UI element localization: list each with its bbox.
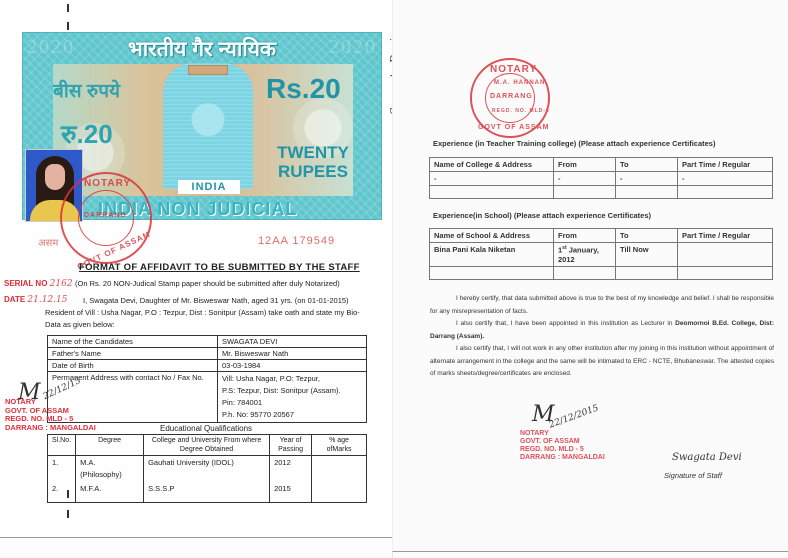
- stamp-country-label: INDIA: [178, 180, 240, 194]
- affidavit-page: 2020 2020 भारतीय गैर न्यायिक बीस रुपये र…: [0, 0, 402, 538]
- cell: [616, 186, 678, 199]
- cell: [678, 266, 773, 279]
- bio-label: Date of Birth: [48, 360, 218, 372]
- experience-school-heading: Experience(in School) (Please attach exp…: [433, 211, 651, 220]
- stamp-value-words: TWENTY RUPEES: [263, 143, 363, 181]
- bio-label: Father's Name: [48, 348, 218, 360]
- bio-label: Name of the Candidates: [48, 336, 218, 348]
- table-row: [430, 186, 773, 199]
- col-header: From: [554, 229, 616, 243]
- cell-degree: M.A. (Philosophy): [76, 456, 144, 483]
- affidavit-body: I, Swagata Devi, Daughter of Mr. Biswesw…: [45, 295, 365, 331]
- photo-face: [45, 164, 65, 190]
- cell-sl: 2.: [48, 482, 76, 502]
- table-row: Father's Name Mr. Bisweswar Nath: [48, 348, 367, 360]
- signature-label: Signature of Staff: [664, 471, 722, 480]
- seal-place: DARRANG: [490, 93, 533, 100]
- cell: [678, 186, 773, 199]
- cell: [430, 266, 554, 279]
- table-row: Bina Pani Kala Niketan 1st January, 2012…: [430, 243, 773, 267]
- table-row: - - - -: [430, 172, 773, 186]
- stamp-value-english: Rs.20: [266, 73, 341, 105]
- col-header: Part Time / Regular: [678, 229, 773, 243]
- cell-marks: [312, 456, 367, 483]
- cell-from: 1st January, 2012: [554, 243, 616, 267]
- certify-paragraph: I hereby certify, that data submitted ab…: [430, 293, 774, 318]
- stamp-hindi-small: असम: [38, 235, 58, 249]
- seal-name: M.A. HANNAN: [494, 80, 545, 86]
- staff-signature: Swagata Devi: [672, 452, 742, 463]
- seal-title: NOTARY: [84, 178, 131, 189]
- col-header: College and University From where Degree…: [144, 435, 270, 456]
- stamp-value-hindi: रु.20: [61, 115, 113, 151]
- cell: [616, 266, 678, 279]
- affidavit-title: FORMAT OF AFFIDAVIT TO BE SUBMITTED BY T…: [79, 262, 360, 273]
- table-header-row: Name of School & Address From To Part Ti…: [430, 229, 773, 243]
- experience-college-heading: Experience (in Teacher Training college)…: [433, 139, 715, 148]
- cell-degree: M.F.A.: [76, 482, 144, 502]
- cell: -: [554, 172, 616, 186]
- table-row: 1. M.A. (Philosophy) Gauhati University …: [48, 456, 367, 483]
- bio-value-address: Vill: Usha Nagar, P.O: Tezpur, P.S: Tezp…: [218, 372, 367, 423]
- punch-mark: [67, 22, 69, 30]
- seal-reg: REGD. NO. MLD-5: [492, 108, 550, 114]
- col-header: Name of College & Address: [430, 158, 554, 172]
- serial-label: SERIAL NO 2162: [4, 279, 73, 289]
- education-heading: Educational Qualifications: [160, 424, 252, 433]
- cell-marks: [312, 482, 367, 502]
- col-header: To: [616, 229, 678, 243]
- bio-value: Mr. Bisweswar Nath: [218, 348, 367, 360]
- col-header: Sl.No.: [48, 435, 76, 456]
- table-header-row: Sl.No. Degree College and University Fro…: [48, 435, 367, 456]
- cell-college: Gauhati University (IDOL): [144, 456, 270, 483]
- experience-school-table: Name of School & Address From To Part Ti…: [429, 228, 773, 280]
- cell-to: Till Now: [616, 243, 678, 267]
- serial-value: 2162: [50, 279, 73, 289]
- cell: [430, 186, 554, 199]
- col-header: From: [554, 158, 616, 172]
- notary-rubber-stamp-right: NOTARY GOVT. OF ASSAM REGD. NO. MLD - 5 …: [520, 430, 605, 462]
- table-row: [430, 266, 773, 279]
- cell: -: [430, 172, 554, 186]
- col-header: To: [616, 158, 678, 172]
- certify-paragraph: I also certify that, I have been appoint…: [430, 318, 774, 343]
- education-table: Sl.No. Degree College and University Fro…: [47, 434, 367, 503]
- cell: [554, 186, 616, 199]
- stamp-hindi-value: बीस रुपये: [53, 77, 120, 103]
- punch-mark: [67, 510, 69, 518]
- col-header: Degree: [76, 435, 144, 456]
- notary-seal-right: NOTARY M.A. HANNAN DARRANG REGD. NO. MLD…: [470, 58, 550, 138]
- affidavit-note: (On Rs. 20 NON-Judical Stamp paper shoul…: [75, 279, 340, 288]
- bio-value: 03-03-1984: [218, 360, 367, 372]
- table-row: 2. M.F.A. S.S.S.P 2015: [48, 482, 367, 502]
- emblem-cap: [188, 65, 228, 75]
- cell-sl: 1.: [48, 456, 76, 483]
- col-header: Part Time / Regular: [678, 158, 773, 172]
- cell-year: 2012: [270, 456, 312, 483]
- experience-college-table: Name of College & Address From To Part T…: [429, 157, 773, 199]
- bio-value: SWAGATA DEVI: [218, 336, 367, 348]
- notary-seal-stamp: NOTARY DARRANG GOVT OF ASSAM: [60, 172, 152, 264]
- cell: -: [678, 172, 773, 186]
- cell-school-name: Bina Pani Kala Niketan: [430, 243, 554, 267]
- seal-place: DARRANG: [84, 212, 127, 219]
- col-header: Year of Passing: [270, 435, 312, 456]
- col-header: % age ofMarks: [312, 435, 367, 456]
- col-header: Name of School & Address: [430, 229, 554, 243]
- table-header-row: Name of College & Address From To Part T…: [430, 158, 773, 172]
- table-row: Date of Birth 03-03-1984: [48, 360, 367, 372]
- cell: [554, 266, 616, 279]
- cell-year: 2015: [270, 482, 312, 502]
- cell: -: [616, 172, 678, 186]
- cell-college: S.S.S.P: [144, 482, 270, 502]
- seal-govt: GOVT OF ASSAM: [478, 124, 549, 131]
- certification-text: I hereby certify, that data submitted ab…: [430, 293, 774, 381]
- stamp-hindi-title: भारतीय गैर न्यायिक: [23, 35, 381, 63]
- seal-title: NOTARY: [490, 64, 537, 75]
- ashoka-emblem-icon: [163, 63, 253, 189]
- certify-paragraph: I also certify that, I will not work in …: [430, 343, 774, 381]
- table-row: Name of the Candidates SWAGATA DEVI: [48, 336, 367, 348]
- stamp-serial-number: 12AA 179549: [258, 235, 335, 247]
- cell-type: [678, 243, 773, 267]
- punch-mark: [67, 4, 69, 12]
- notary-initials: M: [18, 380, 41, 405]
